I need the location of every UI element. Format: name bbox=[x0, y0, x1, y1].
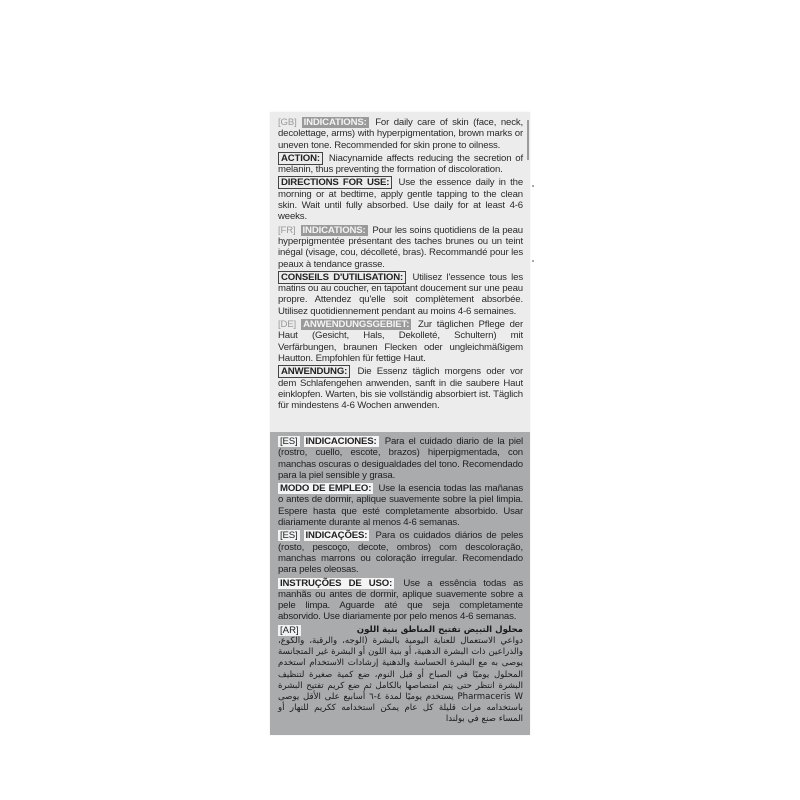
product-label-card: [GB]INDICATIONS: For daily care of skin … bbox=[270, 112, 530, 735]
label-top-section: [GB]INDICATIONS: For daily care of skin … bbox=[270, 112, 530, 432]
ar-text: محلول التبيض تفتيح المناطق بنية اللون دو… bbox=[278, 625, 523, 726]
ar-section: [AR] محلول التبيض تفتيح المناطق بنية الل… bbox=[278, 625, 523, 726]
ar-body: دواعي الاستعمال للعناية اليومية بالبشرة … bbox=[278, 636, 523, 726]
gb-action: ACTION: Niacynamide affects reducing the… bbox=[278, 153, 523, 176]
fr-advice: CONSEILS D'UTILISATION: Utilisez l'essen… bbox=[278, 272, 523, 317]
edge-dot bbox=[532, 260, 534, 262]
lang-tag-pt: [ES] bbox=[278, 530, 300, 541]
lang-tag-gb: [GB] bbox=[278, 117, 297, 128]
fr-indications: [FR]INDICATIONS: Pour les soins quotidie… bbox=[278, 225, 523, 270]
lang-tag-de: [DE] bbox=[278, 319, 296, 330]
label-bottom-section: [ES]INDICACIONES: Para el cuidado diario… bbox=[270, 432, 530, 735]
de-area: [DE]ANWENDUNGSGEBIET: Zur täglichen Pfle… bbox=[278, 319, 523, 364]
gb-indications-label: INDICATIONS: bbox=[302, 117, 369, 128]
es-mode-label: MODO DE EMPLEO: bbox=[278, 483, 373, 494]
de-use-label: ANWENDUNG: bbox=[278, 365, 350, 378]
gb-directions: DIRECTIONS FOR USE: Use the essence dail… bbox=[278, 177, 523, 222]
de-area-label: ANWENDUNGSGEBIET: bbox=[301, 319, 411, 330]
lang-tag-fr: [FR] bbox=[278, 225, 296, 236]
fr-advice-label: CONSEILS D'UTILISATION: bbox=[278, 271, 406, 284]
fr-indications-label: INDICATIONS: bbox=[301, 225, 368, 236]
pt-instructions: INSTRUÇÕES DE USO: Use a essência todas … bbox=[278, 578, 523, 623]
de-use: ANWENDUNG: Die Essenz täglich morgens od… bbox=[278, 366, 523, 411]
gb-indications: [GB]INDICATIONS: For daily care of skin … bbox=[278, 117, 523, 151]
ar-title: محلول التبيض تفتيح المناطق بنية اللون bbox=[278, 625, 523, 636]
gb-action-label: ACTION: bbox=[278, 152, 323, 165]
lang-tag-ar: [AR] bbox=[278, 625, 301, 636]
lang-tag-es: [ES] bbox=[278, 436, 300, 447]
edge-dot bbox=[532, 185, 534, 187]
pt-indications-label: INDICAÇÕES: bbox=[304, 530, 370, 541]
pt-indications: [ES]INDICAÇÕES: Para os cuidados diários… bbox=[278, 530, 523, 575]
edge-mark bbox=[527, 120, 529, 160]
es-indications: [ES]INDICACIONES: Para el cuidado diario… bbox=[278, 436, 523, 481]
es-indications-label: INDICACIONES: bbox=[304, 436, 379, 447]
es-mode: MODO DE EMPLEO: Use la esencia todas las… bbox=[278, 483, 523, 528]
pt-instructions-label: INSTRUÇÕES DE USO: bbox=[278, 578, 394, 589]
gb-directions-label: DIRECTIONS FOR USE: bbox=[278, 176, 392, 189]
